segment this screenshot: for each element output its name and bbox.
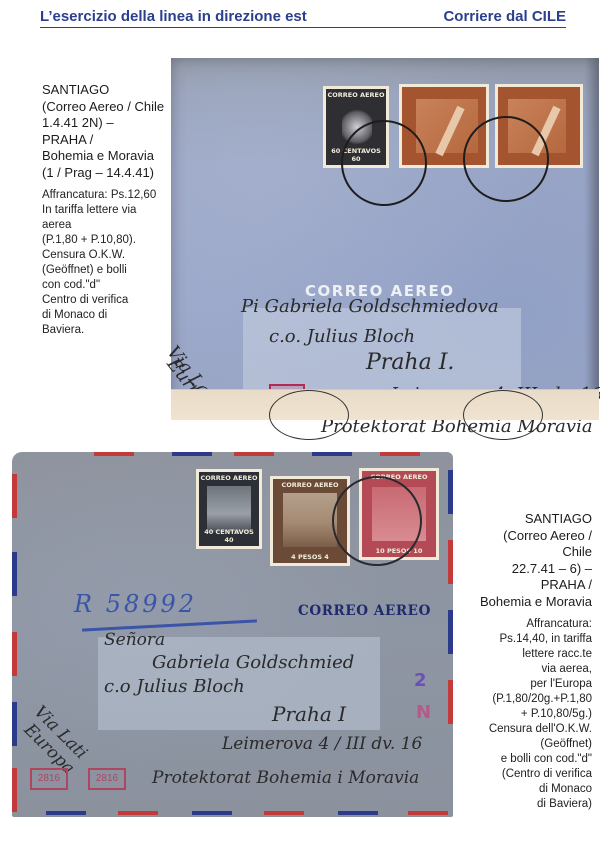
cover1-description: Affrancatura: Ps.12,60 In tariffa letter…	[42, 188, 164, 338]
airmail-stripe	[192, 811, 232, 815]
caption-line: (Geöffnet)	[480, 737, 592, 752]
airmail-stripe	[448, 680, 453, 724]
address-line: Pi Gabriela Goldschmiedova	[241, 296, 499, 317]
caption-line: e bolli con cod."d"	[480, 752, 592, 767]
address-line: Gabriela Goldschmied	[152, 652, 354, 673]
caption-line: 22.7.41 – 6) –	[480, 561, 592, 578]
caption-line: per l'Europa	[480, 677, 592, 692]
page-section-title: L’esercizio della linea in direzione est	[40, 8, 307, 25]
postmark-1	[341, 120, 427, 206]
cover2-envelope-image: CORREO AEREO 40 CENTAVOS 40 CORREO AEREO…	[12, 452, 453, 817]
cover2-description: Affrancatura: Ps.14,40, in tariffa lette…	[480, 617, 592, 812]
airmail-stripe	[12, 474, 17, 518]
caption-line: Bohemia e Moravia	[42, 148, 164, 165]
censor-stamp	[463, 390, 543, 440]
caption-line: (1 / Prag – 14.4.41)	[42, 165, 164, 182]
address-line: c.o Julius Bloch	[104, 676, 245, 697]
airmail-stripe	[12, 702, 17, 746]
caption-line: (Correo Aereo / Chile	[42, 99, 164, 116]
caption-line: In tariffa lettere via	[42, 203, 164, 218]
censor-tape	[171, 389, 599, 420]
censor-code-box: 2816	[30, 768, 68, 790]
airmail-stripe	[448, 470, 453, 514]
caption-line: (Centro di verifica	[480, 767, 592, 782]
address-line: Praha I.	[366, 350, 454, 375]
caption-line: Bohemia e Moravia	[480, 594, 592, 611]
caption-line: lettere racc.te	[480, 647, 592, 662]
stamp-value: 40 CENTAVOS 40	[199, 528, 259, 544]
caption-line: Ps.14,40, in tariffa	[480, 632, 592, 647]
caption-line: Affrancatura: Ps.12,60	[42, 188, 164, 203]
cover1-envelope-image: CORREO AEREO 60 CENTAVOS 60 CORREO AEREO…	[171, 58, 599, 420]
airmail-stripe	[448, 610, 453, 654]
postmark-2	[463, 116, 549, 202]
caption-line: di Monaco	[480, 782, 592, 797]
cover2-route: SANTIAGO (Correo Aereo / Chile 22.7.41 –…	[480, 511, 592, 610]
airmail-stripe	[312, 452, 352, 456]
cover1-route: SANTIAGO (Correo Aereo / Chile 1.4.41 2N…	[42, 82, 164, 181]
stamp-label: CORREO AEREO	[273, 481, 347, 489]
censor-mark: 2	[414, 670, 427, 691]
airmail-stripe	[448, 540, 453, 584]
airmail-stripe	[380, 452, 420, 456]
airplane-over-mountains-icon	[207, 486, 251, 532]
caption-line: aerea	[42, 218, 164, 233]
airmail-stripe	[12, 552, 17, 596]
airmail-stripe	[234, 452, 274, 456]
caption-line: + P.10,80/5g.)	[480, 707, 592, 722]
caption-line: Affrancatura:	[480, 617, 592, 632]
caption-line: (Correo Aereo /	[480, 528, 592, 545]
caption-line: (Geöffnet) e bolli	[42, 263, 164, 278]
airmail-stripe	[172, 452, 212, 456]
airmail-stripe	[264, 811, 304, 815]
caption-line: Chile	[480, 544, 592, 561]
caption-line: SANTIAGO	[42, 82, 164, 99]
airmail-stripe	[12, 632, 17, 676]
seaplane-icon	[283, 493, 337, 547]
address-line: Protektorat Bohemia i Moravia	[152, 768, 419, 788]
stamp-label: CORREO AEREO	[326, 91, 386, 99]
airmail-stripe	[12, 768, 17, 812]
registration-number: R 58992	[74, 590, 197, 618]
cover1-caption: SANTIAGO (Correo Aereo / Chile 1.4.41 2N…	[42, 82, 164, 338]
caption-line: via aerea,	[480, 662, 592, 677]
airmail-stripe	[46, 811, 86, 815]
header-underline	[40, 27, 566, 28]
caption-line: Censura O.K.W.	[42, 248, 164, 263]
censor-mark: N	[416, 702, 431, 723]
caption-line: Centro di verifica	[42, 293, 164, 308]
stamp-label: CORREO AEREO	[199, 474, 259, 482]
caption-line: di Monaco di	[42, 308, 164, 323]
airmail-stripe	[338, 811, 378, 815]
postmark-chile	[332, 476, 422, 566]
address-line: Señora	[104, 630, 165, 650]
envelope-shadow	[585, 58, 599, 420]
caption-line: (P.1,80/20g.+P.1,80	[480, 692, 592, 707]
caption-line: 1.4.41 2N) –	[42, 115, 164, 132]
caption-line: con cod."d"	[42, 278, 164, 293]
cover2-caption: SANTIAGO (Correo Aereo / Chile 22.7.41 –…	[480, 511, 592, 812]
airmail-stripe	[408, 811, 448, 815]
address-line: Praha I	[272, 702, 346, 726]
caption-line: Baviera.	[42, 323, 164, 338]
censor-code-box: 2816	[88, 768, 126, 790]
caption-line: PRAHA /	[480, 577, 592, 594]
printed-airmail-label: CORREO AEREO	[298, 603, 431, 619]
caption-line: (P.1,80 + P.10,80).	[42, 233, 164, 248]
caption-line: SANTIAGO	[480, 511, 592, 528]
airmail-stripe	[94, 452, 134, 456]
censor-stamp	[269, 390, 349, 440]
caption-line: PRAHA /	[42, 132, 164, 149]
address-line: c.o. Julius Bloch	[269, 326, 415, 347]
caption-line: Censura dell'O.K.W.	[480, 722, 592, 737]
page-topic-title: Corriere dal CILE	[443, 8, 566, 25]
airmail-stripe	[118, 811, 158, 815]
address-line: Leimerova 4 / III dv. 16	[222, 734, 422, 754]
stamp-value: 4 PESOS 4	[273, 553, 347, 561]
stamp-40-centavos: CORREO AEREO 40 CENTAVOS 40	[196, 469, 262, 549]
caption-line: di Baviera)	[480, 797, 592, 812]
